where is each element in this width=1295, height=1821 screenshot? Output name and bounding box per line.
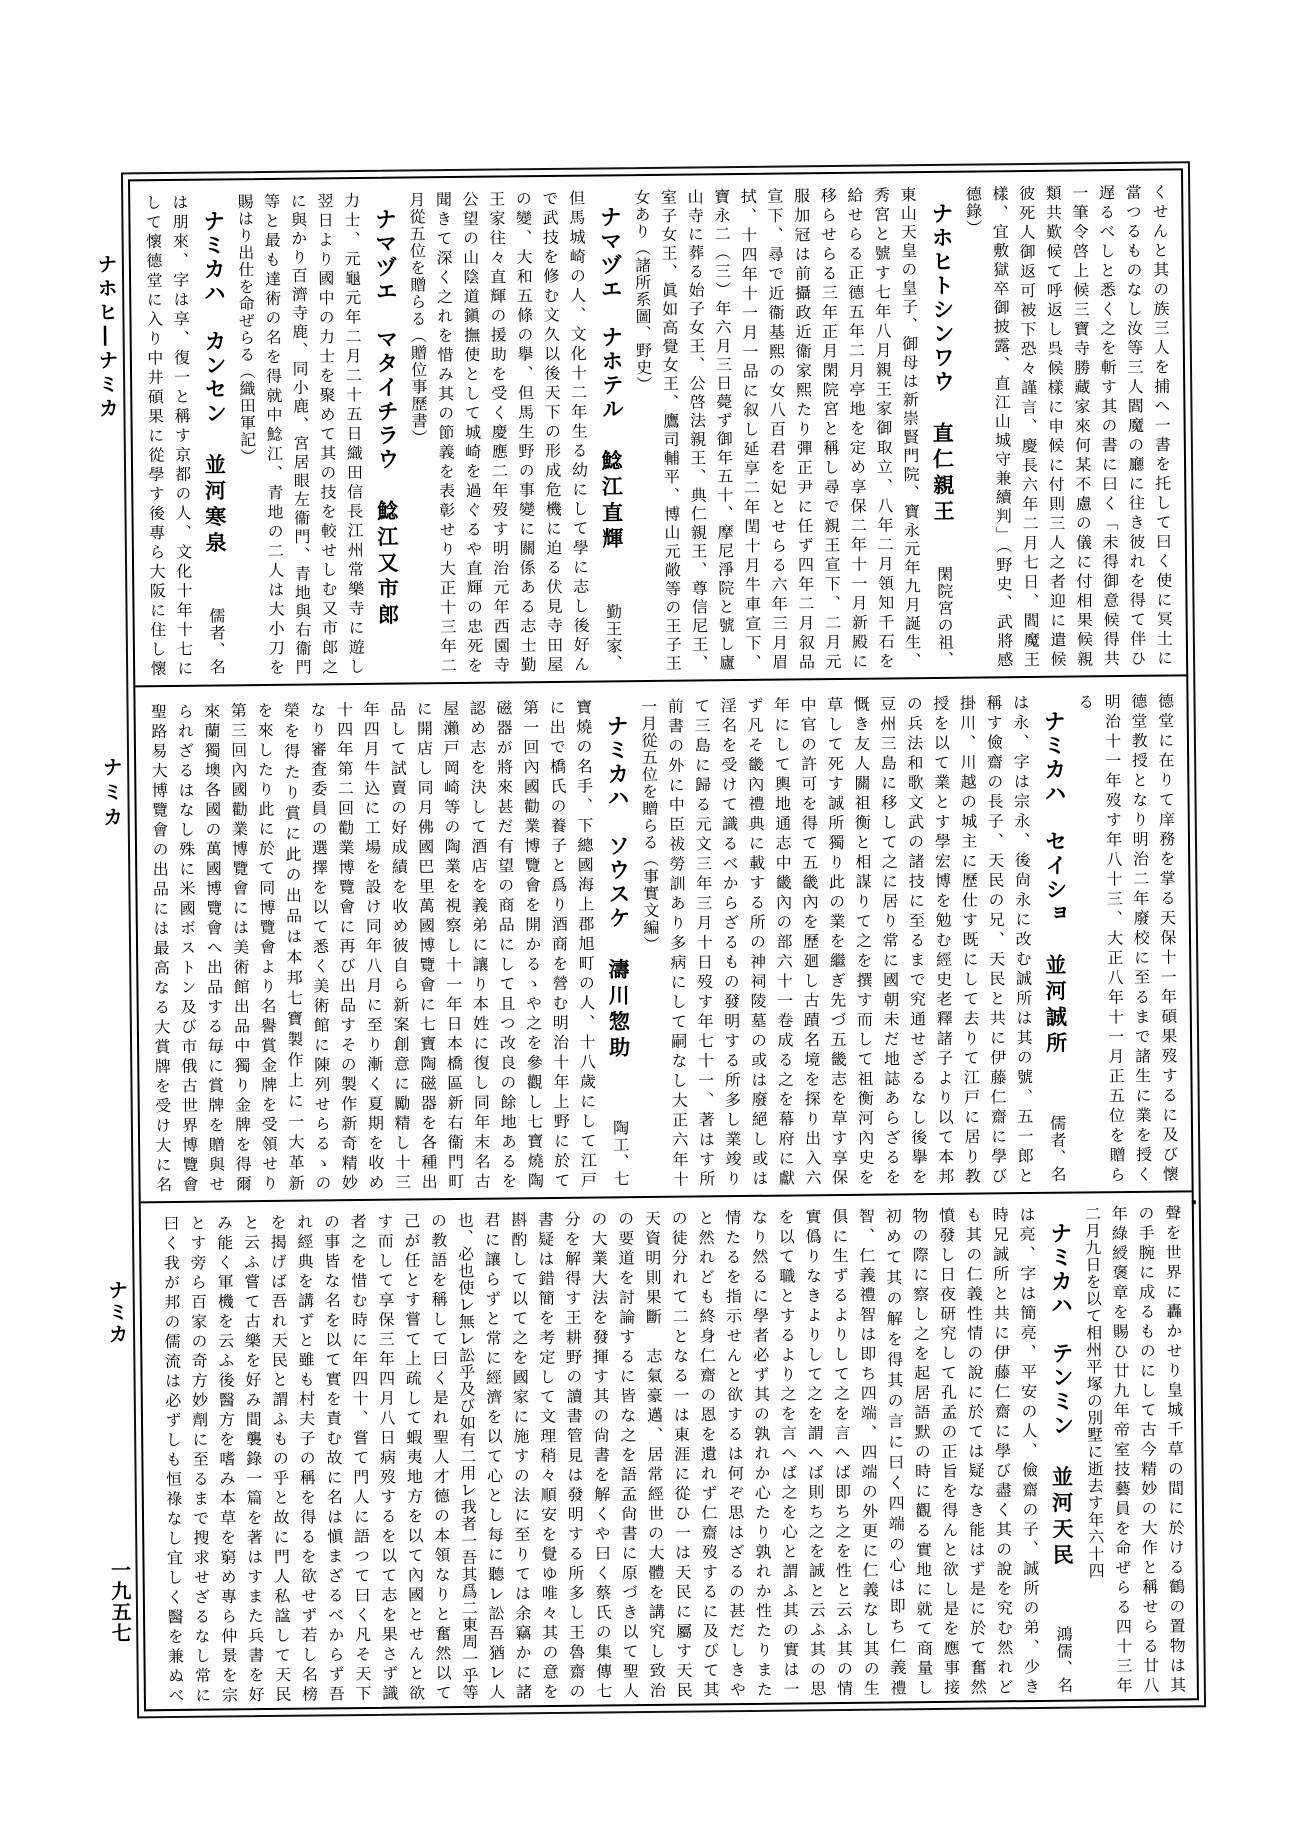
text-column: を來したり此に於て同博覽會より名譽賞金牌を受領せり [255, 702, 278, 1191]
text-column: 俱に生ずるよりして之を言へば即ち之を性と云ふ其の情 [830, 1208, 853, 1696]
text-column: 但馬城崎の人、文化十二年生る幼にして學に志し後好ん [567, 190, 590, 672]
text-column: 淫名を受けて識るべからざるもの發明する所多し業竣り [718, 697, 741, 1186]
headword-description: 勤王家、 [603, 603, 622, 671]
text-column: み能く軍機を云ふ後醫方を嗜み本草を窮め專ら仲景を宗 [214, 1214, 237, 1702]
text-column: 書疑は錯簡を考定して文理稍々順安を覺ゆ唯々其の意を [535, 1211, 558, 1699]
text-column: 東山天皇の皇子、御母は新崇賢門院、寶永元年九月誕生、 [898, 186, 921, 668]
text-column: 前書の外に中臣祓勞訓あり多病にして嗣なし大正六年十 [665, 698, 688, 1187]
text-column: して懷德堂に入り中井碩果に從學す後專ら大阪に住し懷 [143, 194, 166, 676]
headword-column: ナミカハ セイショ並河誠所儒者、名 [1037, 694, 1072, 1183]
text-column: 賜はり出仕を命ぜらる（織田軍記） [235, 193, 258, 675]
text-column: を揭げば吾れ天民と謂ふもの乎と故に門人私諡して天民 [268, 1214, 291, 1702]
text-column: 品して試賣の好成績を收め彼自ら新案創意に勵精し十三 [388, 701, 411, 1190]
text-column: す而して享保三年四月八日病歿するを以て志を果さず識 [375, 1213, 398, 1701]
headword-description: 儒者、名 [207, 607, 226, 675]
text-column: 聖路易大博覽會の出品には最高なる大賞牌を受け大に名 [148, 703, 171, 1192]
text-column: る [1076, 693, 1099, 1182]
text-column: も其の仁義性情の說に於ては疑なき能はず是に於て奮然 [963, 1207, 986, 1695]
text-column: 力士、元龜元年二月二十五日織田信長江州常樂寺に遊し [342, 192, 365, 674]
headword-description: 儒者、名 [1047, 1115, 1066, 1183]
text-column: に開店し同月佛國巴里萬國博覽會に七寶陶磁器を各種出 [414, 700, 437, 1189]
text-column: 一筆令啓上候三寶寺勝藏家來何某不慮の儀に付相果候親 [1070, 184, 1093, 666]
headword-reading: ナマヅエ ナホテル [595, 205, 623, 421]
text-column: は永、字は宗永、後尙永に改む誠所は其の號、五一郎と [1010, 694, 1033, 1183]
text-column: 服加冠は前攝政近衞家熙たり彈正尹に任ず四年二月叙品 [792, 187, 815, 669]
headword-column: ナマヅエ ナホテル鯰江直輝勤王家、 [593, 189, 628, 671]
text-column: られざるはなし殊に米國ボストン及び市俄古世界博覽會 [175, 703, 198, 1192]
headword-column: ナミカハ テンミン並河天民鴻儒、名 [1044, 1206, 1079, 1694]
text-column: 德錄） [963, 185, 986, 667]
headword-reading: ナホヒトシンワウ [927, 202, 955, 394]
text-column: 也、必也使㆑無㆑訟乎及び如有㆓用㆑我者㆒吾其爲㆓東周㆒乎等 [455, 1212, 478, 1700]
dictionary-page: ナホヒ―ナミカ ナミカ ナミカ 一九五七 くせんと其の族三人を捕へ一書を托して曰… [0, 0, 1295, 1821]
headword-reading: ナミカハ テンミン [1046, 1222, 1074, 1438]
text-column: 室子女王、眞如高覺女王、鷹司輔平、博山元敞等の王子王 [658, 189, 681, 671]
text-column: 等と最も達術の名を得就中鯰江、青地の二人は大小刀を [262, 193, 285, 675]
text-column: の事皆な名を以て實を責む故に名は愼まざるべからず吾 [321, 1213, 344, 1701]
text-block-top: くせんと其の族三人を捕へ一書を托して曰く使に冥土に當つるものなし汝等三人閻魔の廳… [130, 170, 1186, 685]
text-column: 樣、宜敷獄卒御披露、直江山城守兼續判」（野史、武將感 [990, 185, 1013, 667]
text-column: の要道を討論するに皆な之を語孟尙書に原づき以て聖人 [616, 1210, 639, 1698]
text-column: 德堂に在りて庠務を掌る天保十一年碩果歿するに及び懷 [1155, 692, 1178, 1181]
text-column: て三島に歸る元文三年三月十日歿す年七十一、著はす所 [692, 697, 715, 1186]
headword-description: 閑院宮の祖、 [935, 566, 954, 668]
scan-dot-mark [1192, 1200, 1196, 1204]
text-column: 王家往々直輝の援助を受く慶應二年歿す明治元年西園寺 [487, 190, 510, 672]
headword-column: ナミカハ ソウスケ濤川惣助陶工、七 [600, 698, 635, 1187]
text-column: 授を以て業とす學宏博を勉む經史老釋諸子より以て本邦 [931, 695, 954, 1184]
page-frame-inner-border: くせんと其の族三人を捕へ一書を托して曰く使に冥土に當つるものなし汝等三人閻魔の廳… [128, 168, 1199, 1711]
text-column: と云ふ嘗て古樂を好み間襲錄一篇を著はすまた兵書を好 [241, 1214, 264, 1702]
text-column: 己が任とす嘗て上疏して蝦夷地方を以て內國とせんと欲 [402, 1212, 425, 1700]
headword-name: 並河誠所 [1042, 954, 1069, 1058]
text-column: 認め志を決して酒店を義弟に讓り本姓に復し同年末名古 [467, 700, 490, 1189]
text-column: は朋來、字は享、復一と稱す京都の人、文化十年十七に [170, 194, 193, 676]
text-column: 遅るべしと悉く之を斬す其の書に曰く「未得御意候得共 [1096, 184, 1119, 666]
text-column: 天資明則果斷 志氣豪邁、居常經世の大體を講究し致治 [642, 1210, 665, 1698]
text-column: 憤發し日夜研究して孔孟の正旨を得んと欲し是を應事接 [937, 1207, 960, 1695]
text-column: 年綠綬褒章を賜ひ廿九年帝室技藝員を命ぜらる四十三年 [1109, 1205, 1132, 1693]
text-column: なり然るに學者必ず其の孰れか心たり孰れか性たりまた [749, 1209, 772, 1697]
text-column: 初めて其の解を得其の言に曰く四端の心は即ち仁義禮 [883, 1207, 906, 1695]
headword-name: 並河寒泉 [201, 453, 228, 557]
text-column: 情たるを指示せんと欲するは何ぞ思はざるの甚だしきや [723, 1209, 746, 1697]
text-column: とす旁ら百家の奇方妙劑に至るまで搜求せざるなし常に [188, 1215, 211, 1703]
text-column: 磁器が將來甚だ有望の商品にして且つ改良の餘地あるを [494, 699, 517, 1188]
text-column: 者之を惜む時に年四十、嘗て門人に語つて曰く凡そ天下 [348, 1213, 371, 1701]
text-column: 曰く我が邦の儒流は必ずしも恒祿なし宜しく醫を兼ぬべ [161, 1215, 184, 1703]
text-column: 彼死人御返可被下恐々謹言、慶長六年二月七日、閻魔王 [1016, 185, 1039, 667]
text-column: は亮、字は簡亮、平安の人、儉齋の子、誠所の弟、少き [1017, 1206, 1040, 1694]
text-column: ず凡そ畿內禮典に載する所の神祠陵墓の或は廢絕し或は [745, 697, 768, 1186]
text-column: 實僞りなきよりして之を謂へば則ち之を誠と云ふ其の思 [803, 1208, 826, 1696]
text-column: と然れども終身仁齋の恩を遺れず仁齋歿するに及びて其 [696, 1209, 719, 1697]
text-column: 時兄誠所と共に伊藤仁齋に學び盡く其の說を究む然れど [990, 1206, 1013, 1694]
text-column: 一月從五位を贈らる（事實文編） [639, 698, 662, 1187]
text-column: 屋瀨戸岡崎等の陶業を視察し十一年日本橋區新右衞門町 [441, 700, 464, 1189]
text-column: 慨き友人關祖衡と相謀りて之を撰す而して祖衡河內史を [851, 696, 874, 1185]
text-column: 宣下、尋で近衞基熙の女八百君を妃とせらる六年三月眉 [765, 188, 788, 670]
text-column: 第三回內國勸業博覽會には美術館出品中獨り金牌を得爾 [228, 702, 251, 1191]
text-column: 月從五位を贈らる（贈位事歷書） [407, 191, 430, 673]
headword-column: ナミカハ カンセン並河寒泉儒者、名 [196, 193, 231, 675]
text-column: 女あり（諸所系圖、野史） [632, 189, 655, 671]
text-column: 斟酌して以て之を國家に施すの法に至りては余竊かに諸 [509, 1211, 532, 1699]
text-column: 豆州三島に移して之に居り常に國朝未だ地誌あらざるを [878, 695, 901, 1184]
text-column: なり審査委員の選擇を以て悉く美術館に陳列せらるゝの [308, 701, 331, 1190]
text-column: 年四月牛込に工場を設け同年八月に至り漸く夏期を收め [361, 701, 384, 1190]
text-column: 稱す儉齋の長子、天民の兄、天民と共に伊藤仁齋に學び [984, 694, 1007, 1183]
text-column: 給せらる正德五年二月亭地を定め享保二年十一月新殿に [845, 187, 868, 669]
text-column: 公望の山陰道鎭撫使として城崎を過ぐるや直輝の忠死を [460, 191, 483, 673]
page-frame-outer-border: くせんと其の族三人を捕へ一書を托して曰く使に冥土に當つるものなし汝等三人閻魔の廳… [121, 161, 1206, 1718]
headword-name: 濤川惣助 [605, 958, 632, 1062]
headword-column: ナマヅエ マタイチラウ鯰江又市郎 [368, 192, 403, 674]
text-column: 來蘭獨墺各國の萬國博覽會へ出品する毎に賞牌を贈與せ [202, 702, 225, 1191]
text-column: 掛川、川越の城主に歷仕す既にして去りて江戸に居り教 [957, 695, 980, 1184]
text-column: の兵法和歌文武の諸技に至るまで究通せざるなし後擧を [904, 695, 927, 1184]
text-column: 拭、十四年十一月一品に叙し延享二年閏十月牛車宣下、 [738, 188, 761, 670]
text-column: 草して死す誠所獨り此の業を繼ぎ先づ五畿志を草す享保 [825, 696, 848, 1185]
text-column: 秀宮と號す七年八月親王家御取立、八年二月領知千石を [871, 186, 894, 668]
page-number: 一九五七 [107, 1559, 132, 1643]
headword-name: 鯰江直輝 [598, 449, 625, 553]
text-column: 榮を得たり賞に此の出品は本邦七寶製作上に一大革新 [281, 702, 304, 1191]
text-column: 寶燒の名手、下總國海上郡旭町の人、十八歲にして江戸 [573, 699, 596, 1188]
headword-description: 鴻儒、名 [1054, 1626, 1073, 1694]
text-column: の手腕に成るものにして古今精妙の大作と稱せらる廿八 [1136, 1205, 1159, 1693]
running-head-middle: ナミカ [99, 756, 124, 831]
headword-name: 鯰江又市郎 [373, 500, 400, 630]
headword-name: 直仁親王 [929, 422, 956, 526]
text-column: 十四年第二回勸業博覽會に再び出品すその製作新奇精妙 [334, 701, 357, 1190]
headword-reading: ナミカハ カンセン [199, 209, 227, 425]
text-column: 中官の許可を得て五畿內を歷廻し古蹟名境を探り出入六 [798, 696, 821, 1185]
text-column: 翌日より國中の力士を聚めて其の技を較せしむ又市郎之 [315, 192, 338, 674]
text-column: 聲を世界に轟かせり皇城千草の間に於ける鶴の置物は其 [1163, 1204, 1186, 1692]
text-column: くせんと其の族三人を捕へ一書を托して曰く使に冥土に [1150, 184, 1173, 666]
text-column: 明治十一年歿す年八十三、大正八年十一月正五位を贈ら [1102, 693, 1125, 1182]
headword-reading: ナミカハ セイショ [1039, 710, 1067, 926]
text-column: 山寺に葬る始子女王、公啓法親王、典仁親王、尊信尼王、 [685, 188, 708, 670]
text-column: れ經典を講ずと雖も村夫子の稱を得るを欲せず若し名榜 [295, 1214, 318, 1702]
headword-column: ナホヒトシンワウ直仁親王閑院宮の祖、 [925, 186, 960, 668]
text-column: 分を解得す王耕野の讀書管見は發明する所多し王魯齋の [562, 1211, 585, 1699]
text-column: の教語を稱して曰く是れ聖人才德の本領なりと奮然以て [428, 1212, 451, 1700]
headword-reading: ナマヅエ マタイチラウ [370, 208, 399, 472]
text-column: に出で橋氏の養子と爲り酒商を營む明治十年上野に於て [547, 699, 570, 1188]
text-column: 第一回內國勸業博覽會を開かるゝや之を參觀し七寶燒陶 [520, 699, 543, 1188]
text-block-middle: 德堂に在りて庠務を掌る天保十一年碩果歿するに及び懷德堂教授となり明治二年廢校に至… [135, 674, 1191, 1201]
text-column: の大業大法を發揮す其の尙書を解くや曰く蔡氏の集傳七 [589, 1210, 612, 1698]
text-column: 物の際に察し之を起居語默の時に觀る實地に就て商量し [910, 1207, 933, 1695]
text-column: の徒分れて二となる一は東涯に從ひ一は天民に屬す天民 [669, 1210, 692, 1698]
text-column: 移らせらる三年正月閑院宮と稱し尋で親王宣下、二月元 [818, 187, 841, 669]
text-column: 智、仁義禮智は即ち四端、四端の外更に仁義なし其の生 [856, 1208, 879, 1696]
text-column: 二月九日を以て相州平塚の別墅に逝去す年六十四 [1082, 1205, 1105, 1693]
text-column: で武技を修む文久以後天下の形成危機に迫る伏見寺田屋 [540, 190, 563, 672]
text-column: 德堂教授となり明治二年廢校に至るまで諸生に業を授く [1129, 693, 1152, 1182]
headword-description: 陶工、七 [610, 1119, 629, 1187]
text-column: 君に讓らずと常に經濟を以て心とし每に聽㆑訟吾猶㆑人 [482, 1212, 505, 1700]
running-head-bottom: ナミカ [105, 1279, 130, 1345]
text-column: 年にして輿地通志中畿內の部六十一卷成る之を幕府に獻 [771, 697, 794, 1186]
text-column: 類共歎候て呼返し呉候樣に申候に付則三人之者迎に遣候 [1043, 185, 1066, 667]
text-column: 聞きて深く之れを惜み其の節義を表彰せり大正十三年二 [433, 191, 456, 673]
text-column: の變、大和五條の擧、但馬生野の事變に關係ある志士勤 [513, 190, 536, 672]
headword-reading: ナミカハ ソウスケ [602, 714, 630, 930]
running-head-top: ナホヒ―ナミカ [94, 254, 120, 422]
text-column: を以て職とするより之を言へば之を心と謂ふ其の實は一 [776, 1208, 799, 1696]
text-column: 當つるものなし汝等三人閻魔の廳に往き彼れを得て伴ひ [1123, 184, 1146, 666]
text-block-bottom: 聲を世界に轟かせり皇城千草の間に於ける鶴の置物は其の手腕に成るものにして古今精妙… [141, 1190, 1197, 1709]
text-column: に與かり百濟寺鹿、同小鹿、宮居眼左衞門、青地與右衞門 [288, 193, 311, 675]
text-column: 寶永二（三）年六月三日薨ず御年五十、摩尼淨院と號し廬 [712, 188, 735, 670]
headword-name: 並河天民 [1048, 1466, 1075, 1570]
